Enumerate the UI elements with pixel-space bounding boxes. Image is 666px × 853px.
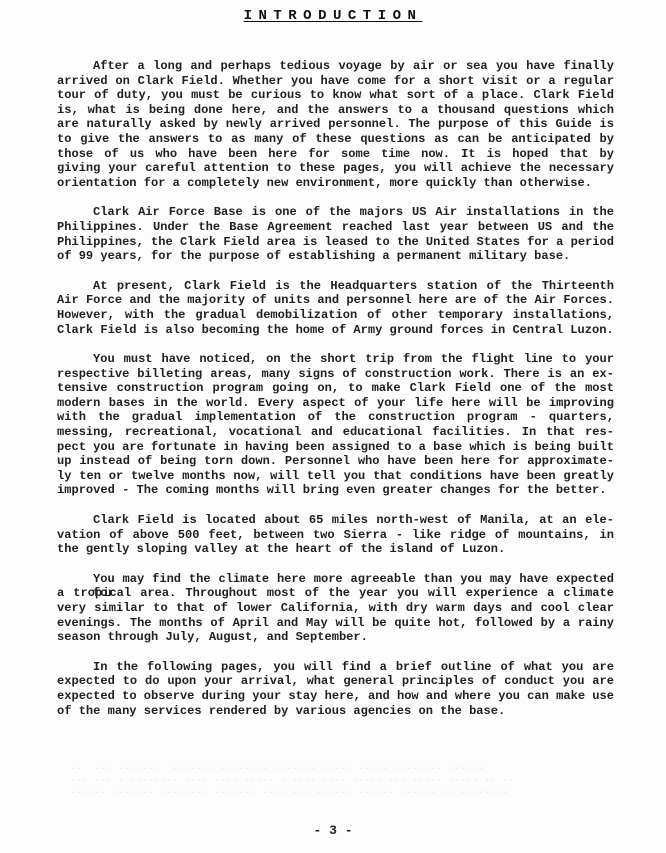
text-line: with the gradual implementation of the c… [57,410,614,425]
text-line: to give the answers to as many of these … [57,132,614,147]
text-line: of 99 years, for the purpose of establis… [57,249,614,264]
text-line: In the following pages, you will find a … [57,660,614,675]
text-line: Philippines. Under the Base Agreement re… [57,220,614,235]
text-line: expected to do upon your arrival, what g… [57,674,614,689]
text-line: the gently sloping valley at the heart o… [57,542,614,557]
text-line: pect you are fortunate in having been as… [57,440,614,455]
text-line: Air Force and the majority of units and … [57,293,614,308]
text-line: is, what is being done here, and the ans… [57,103,614,118]
text-line: Philippines, the Clark Field area is lea… [57,235,614,250]
text-line: tensive construction program going on, t… [57,381,614,396]
document-page: INTRODUCTION .. ... ....... ....... ....… [0,0,666,853]
text-line: expected to observe during your stay her… [57,689,614,704]
text-line: of the many services rendered by various… [57,704,614,719]
text-line: improved - The coming months will bring … [57,483,614,498]
text-line: You may find the climate here more agree… [57,572,614,587]
text-line: a tropical area. Throughout most of the … [57,586,614,601]
paragraph-4: You must have noticed, on the short trip… [57,352,614,498]
paragraph-3: At present, Clark Field is the Headquart… [57,279,614,337]
text-line: tour of duty, you must be curious to kno… [57,88,614,103]
text-line: respective billeting areas, many signs o… [57,367,614,382]
document-body: After a long and perhaps tedious voyage … [57,59,614,733]
text-line: arrived on Clark Field. Whether you have… [57,74,614,89]
text-line: messing, recreational, vocational and ed… [57,425,614,440]
text-line: You must have noticed, on the short trip… [57,352,614,367]
paragraph-1: After a long and perhaps tedious voyage … [57,59,614,190]
text-line: At present, Clark Field is the Headquart… [57,279,614,294]
text-line: ly ten or twelve months now, will tell y… [57,469,614,484]
text-line: However, with the gradual demobilization… [57,308,614,323]
text-line: those of us who have been here for some … [57,147,614,162]
text-line: modern bases in the world. Every aspect … [57,396,614,411]
bleed-through-text: .. ... ....... ....... ........ ....... … [70,762,600,798]
paragraph-2: Clark Air Force Base is one of the major… [57,205,614,263]
text-line: very similar to that of lower California… [57,601,614,616]
paragraph-5: Clark Field is located about 65 miles no… [57,513,614,557]
page-title: INTRODUCTION [0,8,666,24]
text-line: evenings. The months of April and May wi… [57,616,614,631]
text-line: vation of above 500 feet, between two Si… [57,528,614,543]
paragraph-7: In the following pages, you will find a … [57,660,614,718]
text-line: up instead of being torn down. Personnel… [57,454,614,469]
text-line: After a long and perhaps tedious voyage … [57,59,614,74]
text-line: are naturally asked by newly arrived per… [57,117,614,132]
text-line: season through July, August, and Septemb… [57,630,614,645]
paragraph-6: You may find the climate here more agree… [57,572,614,645]
text-line: Clark Air Force Base is one of the major… [57,205,614,220]
text-line: giving your careful attention to these p… [57,161,614,176]
text-line: Clark Field is also becoming the home of… [57,323,614,338]
text-line: orientation for a completely new environ… [57,176,614,191]
page-number: - 3 - [0,823,666,838]
text-line: Clark Field is located about 65 miles no… [57,513,614,528]
